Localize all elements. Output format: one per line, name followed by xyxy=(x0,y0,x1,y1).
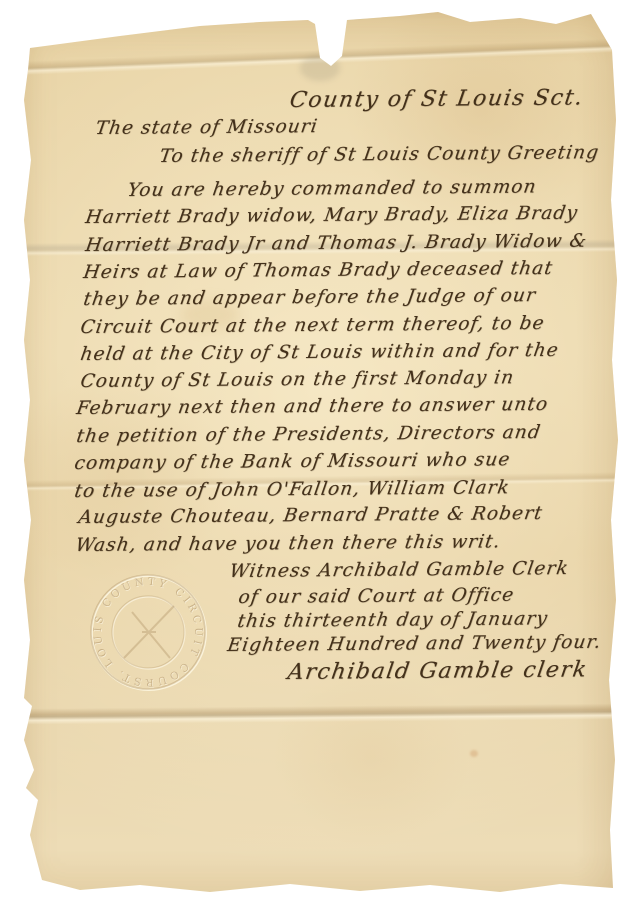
handwriting-line: this thirteenth day of January xyxy=(236,608,549,632)
document-scan: ST. LOUIS COUNTY CIRCUIT COURT ST. LOUIS… xyxy=(0,0,640,923)
handwriting-line: The state of Missouri xyxy=(94,116,319,139)
handwriting-line: County of St Louis Sct. xyxy=(288,85,585,113)
handwriting-line: company of the Bank of Missouri who sue xyxy=(73,449,512,474)
handwriting-line: the petition of the Presidents, Director… xyxy=(75,422,542,447)
tear-shadow-spot xyxy=(344,12,366,18)
handwriting-line: Harriett Brady widow, Mary Brady, Eliza … xyxy=(84,203,580,228)
handwriting-line: To the sheriff of St Louis County Greeti… xyxy=(158,142,601,167)
handwriting-line: held at the City of St Louis within and … xyxy=(79,340,560,365)
handwriting-line: February next then and there to answer u… xyxy=(75,394,550,419)
handwriting-line: Eighteen Hundred and Twenty four. xyxy=(226,632,603,656)
handwriting-line: You are hereby commanded to summon xyxy=(126,176,538,201)
handwriting-line: Wash, and have you then there this writ. xyxy=(74,531,502,556)
aged-paper-sheet: ST. LOUIS COUNTY CIRCUIT COURT ST. LOUIS… xyxy=(0,0,640,923)
handwriting-line: Auguste Chouteau, Bernard Pratte & Rober… xyxy=(77,503,544,528)
handwriting-line: Circuit Court at the next term thereof, … xyxy=(79,313,546,338)
handwritten-text-block: County of St Louis Sct. The state of Mis… xyxy=(0,0,640,923)
handwriting-line: County of St Louis on the first Monday i… xyxy=(79,367,516,392)
handwriting-line: Witness Archibald Gamble Clerk xyxy=(228,558,570,582)
handwriting-line: Harriett Brady Jr and Thomas J. Brady Wi… xyxy=(84,231,589,256)
handwriting-line: they be and appear before the Judge of o… xyxy=(82,285,538,310)
handwriting-line: to the use of John O'Fallon, William Cla… xyxy=(73,477,511,502)
handwriting-line: of our said Court at Office xyxy=(237,585,516,608)
clerk-signature: Archibald Gamble clerk xyxy=(286,657,590,685)
handwriting-line: Heirs at Law of Thomas Brady deceased th… xyxy=(82,258,555,283)
